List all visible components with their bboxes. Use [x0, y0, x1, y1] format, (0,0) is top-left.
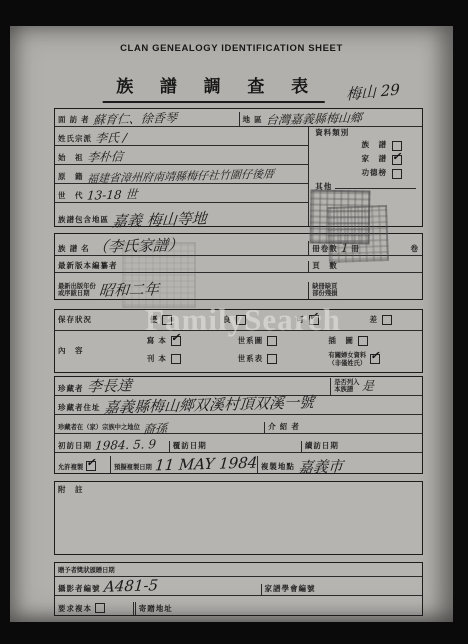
surname-cell: 姓氏宗派 李氏 ∕ — [55, 131, 308, 145]
introducer-label: 介 紹 者 — [268, 423, 300, 432]
condition-option-excellent: 優 — [150, 315, 173, 326]
category-column: 資料類別 族 譜 家 譜 ✓ 功德榜 其他 — [308, 127, 422, 226]
poor-checkbox — [382, 315, 392, 325]
jiapu-checkbox: ✓ — [392, 155, 402, 165]
volumes-label: 冊卷數 — [312, 245, 338, 254]
section-processing: 贈予者獎狀頒贈日期 攝影者編號 A481-5 家譜學會編號 要求複本 — [54, 562, 423, 616]
volumes-value: 1 — [340, 242, 349, 254]
book-name-value: （李氏家譜） — [92, 238, 183, 255]
women-checkbox: ✓ — [370, 354, 380, 364]
condition-fair-label: 可 — [296, 316, 305, 325]
category-option-jiapu: 家 譜 ✓ — [315, 155, 416, 166]
gongde-checkbox — [392, 169, 402, 179]
founder-label: 始 祖 — [58, 154, 84, 163]
category-jiapu-label: 家 譜 — [362, 155, 388, 166]
copy-date-label: 預擬複製日期 — [114, 464, 152, 472]
followup-label: 續訪日期 — [305, 442, 339, 451]
other-fill-line — [335, 187, 416, 189]
fair-checkmark: ✓ — [309, 310, 318, 323]
corner-note-handwritten: 梅山 29 — [346, 78, 457, 104]
table-checkbox — [267, 354, 277, 364]
copy-permit-checkbox: ✓ — [86, 461, 96, 471]
condition-options: 優 良 可 ✓ 差 — [147, 314, 422, 327]
section-condition-content: 保存狀況 優 良 可 ✓ 差 — [54, 309, 423, 373]
microfilm-background: CLAN GENEALOGY IDENTIFICATION SHEET 族 譜 … — [0, 0, 468, 644]
request-copy-cell: 要求複本 — [55, 602, 136, 615]
owner-label: 珍藏者 — [58, 385, 84, 394]
position-value: 裔孫 — [142, 423, 167, 436]
volumes-cell: 冊卷數 1 冊 卷 — [308, 241, 422, 255]
listed-value: 是 — [362, 380, 375, 392]
damage-cell: 缺冊缺頁 部份殘損 — [308, 282, 422, 299]
damage-label-line2: 部份殘損 — [312, 290, 337, 298]
volumes-unit-ce: 冊 — [351, 245, 360, 254]
founder-value: 李朴信 — [86, 151, 123, 164]
condition-option-poor: 差 — [370, 315, 393, 326]
corner-note-text: 梅山 29 — [346, 82, 400, 102]
compiler-cell: 最新版本編纂者 — [55, 261, 308, 272]
coverage-value: 嘉義 梅山等地 — [112, 211, 208, 229]
section-book-info: 族 譜 名 （李氏家譜） 冊卷數 1 冊 卷 最新版本編纂者 頁 數 — [54, 233, 423, 300]
volumes-unit-juan: 卷 — [411, 245, 420, 254]
manuscript-checkbox: ✓ — [171, 336, 181, 346]
manuscript-checkmark: ✓ — [171, 331, 180, 344]
position-label: 珍藏者在（家）宗族中之地位 — [58, 424, 140, 432]
chart-label: 世系圖 — [238, 337, 264, 346]
content-options: 寫 本 ✓ 世系圖 插 圖 — [147, 331, 422, 372]
copy-place-cell: 複製地點 嘉義市 — [257, 456, 422, 473]
pubdate-label-wrap: 最新出版年份 或序跋日期 — [58, 283, 96, 298]
category-option-gongde: 功德榜 — [315, 169, 416, 180]
book-name-cell: 族 譜 名 （李氏家譜） — [55, 238, 308, 255]
generation-value: 13-18 世 — [86, 188, 137, 201]
owner-address-cell: 珍藏者住址 嘉義縣梅山鄉双溪村頂双溪一號 — [55, 397, 422, 414]
content-label-cell: 內 容 — [55, 331, 147, 372]
generation-cell: 世 代 13-18 世 — [55, 188, 308, 202]
coverage-cell: 族譜包含地區 嘉義 梅山等地 — [55, 209, 308, 226]
request-copy-label: 要求複本 — [58, 605, 92, 614]
award-cell: 贈予者獎狀頒贈日期 — [55, 566, 422, 576]
notes-label: 附 註 — [58, 486, 84, 495]
condition-good-label: 良 — [223, 316, 232, 325]
identification-left-column: 姓氏宗派 李氏 ∕ 始 祖 李朴信 原 籍 福建省漳州府南靖縣梅仔社 — [55, 127, 308, 226]
compiler-label: 最新版本編纂者 — [58, 262, 118, 271]
copy-place-value: 嘉義市 — [297, 459, 343, 476]
content-option-women: 有關婦女資料 （非僅姓氏） ✓ — [328, 352, 380, 367]
first-visit-value: 1984. 5. 9 — [95, 438, 157, 452]
listed-label-line2: 本族譜 — [334, 386, 359, 394]
society-cell: 家譜學會編號 — [261, 584, 422, 595]
copy-date-cell: 預擬複製日期 11 MAY 1984 — [110, 456, 257, 473]
mailing-address-cell: 寄贈地址 — [136, 604, 422, 615]
content-option-chart: 世系圖 — [238, 336, 329, 347]
category-label: 資料類別 — [315, 129, 416, 138]
generation-label: 世 代 — [58, 192, 84, 201]
area-cell: 地 區 台灣嘉義縣梅山鄉 — [239, 112, 423, 126]
women-sublabel: （非僅姓氏） — [328, 360, 366, 368]
section-owner: 珍藏者 李長達 是否列入 本族譜 是 珍藏者住址 嘉義縣梅山鄉双溪村頂双溪一號 — [54, 376, 423, 474]
area-value: 台灣嘉義縣梅山鄉 — [265, 112, 362, 127]
interviewer-cell: 面 訪 者 蘇育仁、徐香琴 — [55, 112, 239, 126]
revisit-cell: 覆訪日期 — [169, 441, 301, 452]
condition-option-good: 良 — [223, 315, 246, 326]
book-name-label: 族 譜 名 — [58, 245, 90, 254]
photographer-cell: 攝影者編號 A481-5 — [55, 578, 261, 595]
pubdate-cell: 最新出版年份 或序跋日期 昭和二年 — [55, 282, 308, 299]
page-title-english: CLAN GENEALOGY IDENTIFICATION SHEET — [10, 43, 453, 54]
surname-value: 李氏 ∕ — [95, 132, 128, 145]
content-label: 內 容 — [58, 347, 84, 356]
condition-option-fair: 可 ✓ — [296, 315, 319, 326]
content-option-table: 世系表 — [238, 354, 329, 365]
pages-cell: 頁 數 — [308, 261, 422, 272]
revisit-label: 覆訪日期 — [173, 442, 207, 451]
pubdate-value: 昭和二年 — [98, 282, 159, 299]
women-checkmark: ✓ — [370, 349, 379, 362]
category-other-label: 其他 — [315, 183, 332, 192]
mailing-address-label: 寄贈地址 — [139, 605, 173, 614]
copy-place-label: 複製地點 — [261, 463, 295, 472]
first-visit-cell: 初訪日期 1984. 5. 9 — [55, 438, 169, 452]
content-option-manuscript: 寫 本 ✓ — [147, 336, 238, 347]
illustration-checkbox — [358, 336, 368, 346]
founder-cell: 始 祖 李朴信 — [55, 150, 308, 164]
excellent-checkbox — [162, 315, 172, 325]
condition-excellent-label: 優 — [150, 316, 159, 325]
photographer-label: 攝影者編號 — [58, 585, 101, 594]
category-option-other: 其他 — [315, 183, 416, 192]
illustration-label: 插 圖 — [328, 337, 354, 346]
listed-cell: 是否列入 本族譜 是 — [330, 378, 422, 395]
damage-label-wrap: 缺冊缺頁 部份殘損 — [312, 283, 337, 298]
content-options-row1: 寫 本 ✓ 世系圖 插 圖 — [147, 336, 422, 347]
followup-cell: 續訪日期 — [301, 441, 422, 452]
content-options-row2: 刊 本 世系表 有關婦女資料 （非僅姓氏） ✓ — [147, 352, 422, 367]
section-notes: 附 註 — [54, 481, 423, 555]
copy-permit-label: 允許複製 — [58, 464, 83, 472]
jiapu-checkmark: ✓ — [392, 150, 401, 163]
section-identification: 面 訪 者 蘇育仁、徐香琴 地 區 台灣嘉義縣梅山鄉 姓氏宗派 李氏 ∕ — [54, 108, 423, 227]
first-visit-label: 初訪日期 — [58, 442, 92, 451]
interviewer-value: 蘇育仁、徐香琴 — [92, 112, 177, 126]
origin-label: 原 籍 — [58, 173, 84, 182]
pubdate-label-line2: 或序跋日期 — [58, 290, 96, 298]
women-label-wrap: 有關婦女資料 （非僅姓氏） — [328, 352, 366, 367]
interviewer-label: 面 訪 者 — [58, 116, 90, 125]
request-copy-checkbox — [95, 603, 105, 613]
photographer-value: A481-5 — [103, 578, 158, 594]
notes-cell: 附 註 — [55, 482, 422, 496]
award-label: 贈予者獎狀頒贈日期 — [58, 567, 115, 575]
copy-permit-cell: 允許複製 ✓ — [55, 460, 110, 473]
chart-checkbox — [267, 336, 277, 346]
owner-cell: 珍藏者 李長達 — [55, 378, 330, 395]
good-checkbox — [236, 315, 246, 325]
origin-value: 福建省漳州府南靖縣梅仔社竹圍仔後厝 — [86, 169, 274, 185]
content-option-print: 刊 本 — [147, 354, 238, 365]
copy-permit-checkmark: ✓ — [86, 456, 95, 469]
manuscript-label: 寫 本 — [147, 337, 167, 346]
condition-label-cell: 保存狀況 — [55, 315, 147, 326]
print-checkbox — [171, 354, 181, 364]
content-option-illustration: 插 圖 — [328, 336, 368, 347]
owner-value: 李長達 — [86, 378, 132, 394]
owner-address-value: 嘉義縣梅山鄉双溪村頂双溪一號 — [103, 395, 314, 416]
area-label: 地 區 — [243, 116, 263, 125]
genealogy-sheet: CLAN GENEALOGY IDENTIFICATION SHEET 族 譜 … — [10, 26, 453, 622]
women-label: 有關婦女資料 — [328, 352, 366, 360]
category-gongde-label: 功德榜 — [362, 169, 388, 180]
fair-checkbox: ✓ — [309, 315, 319, 325]
condition-label: 保存狀況 — [58, 316, 92, 325]
introducer-cell: 介 紹 者 — [264, 422, 422, 433]
category-zupu-label: 族 譜 — [362, 141, 388, 152]
coverage-label: 族譜包含地區 — [58, 216, 109, 225]
origin-cell: 原 籍 福建省漳州府南靖縣梅仔社竹圍仔後厝 — [55, 170, 308, 183]
condition-poor-label: 差 — [370, 316, 379, 325]
pages-label: 頁 數 — [312, 262, 338, 271]
listed-label-wrap: 是否列入 本族譜 — [334, 379, 359, 394]
table-label: 世系表 — [238, 355, 264, 364]
print-label: 刊 本 — [147, 355, 167, 364]
society-label: 家譜學會編號 — [265, 585, 316, 594]
owner-address-label: 珍藏者住址 — [58, 404, 101, 413]
page-title-chinese: 族 譜 調 查 表 — [102, 72, 325, 103]
position-cell: 珍藏者在（家）宗族中之地位 裔孫 — [55, 419, 264, 433]
copy-date-value: 11 MAY 1984 — [154, 456, 257, 474]
surname-label: 姓氏宗派 — [58, 135, 92, 144]
